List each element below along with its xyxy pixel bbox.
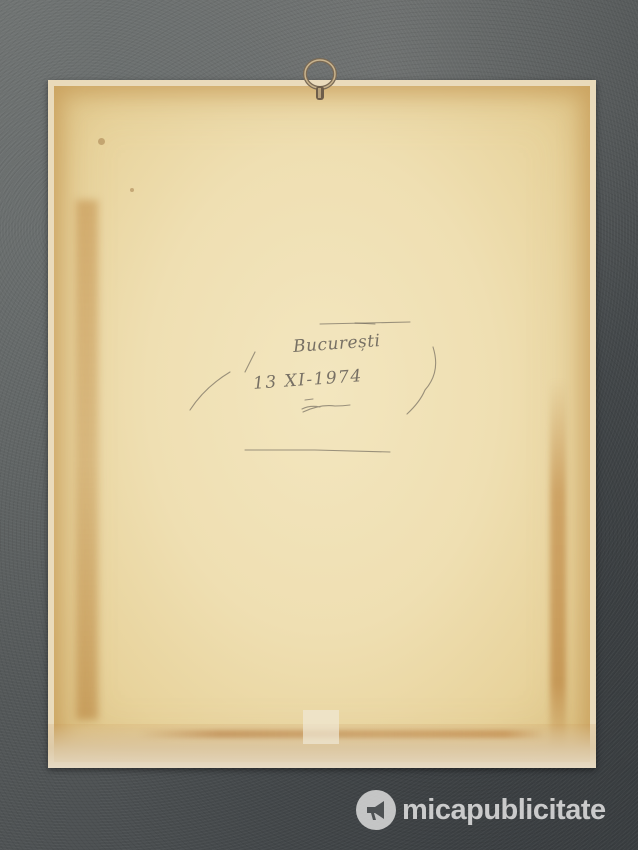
water-stain-left: [76, 200, 98, 720]
handwritten-inscription: București 13 XI-1974: [185, 312, 445, 462]
tape-mark: [303, 710, 339, 744]
spot: [130, 188, 134, 192]
spot: [98, 138, 105, 145]
watermark-text: micapublicitate: [402, 794, 606, 827]
ring-hanger-icon: [290, 52, 350, 112]
megaphone-icon: [356, 790, 396, 830]
water-stain-right: [550, 380, 566, 760]
watermark: micapublicitate: [356, 789, 606, 831]
stain-line: [138, 730, 546, 738]
